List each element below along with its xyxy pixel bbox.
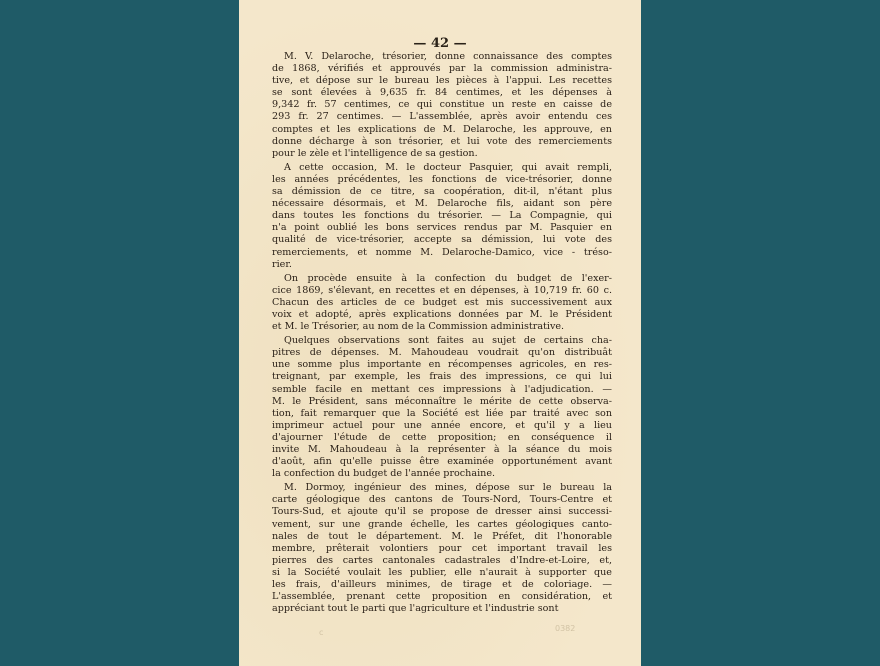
- text-line: pour le zèle et l'intelligence de sa ges…: [272, 148, 612, 160]
- text-line: carte géologique des cantons de Tours-No…: [272, 494, 612, 506]
- text-line: On procède ensuite à la confection du bu…: [272, 273, 612, 285]
- text-line: dans toutes les fonctions du trésorier. …: [272, 210, 612, 222]
- body-text: M. V. Delaroche, trésorier, donne connai…: [272, 51, 612, 617]
- text-line: d'août, afin qu'elle puisse être examiné…: [272, 456, 612, 468]
- text-line: treignant, par exemple, les frais des im…: [272, 371, 612, 383]
- text-line: Tours-Sud, et ajoute qu'il se propose de…: [272, 506, 612, 518]
- text-line: les années précédentes, les fonctions de…: [272, 174, 612, 186]
- text-line: remerciements, et nomme M. Delaroche-Dam…: [272, 247, 612, 259]
- text-line: 293 fr. 27 centimes. — L'assemblée, aprè…: [272, 111, 612, 123]
- text-line: imprimeur actuel pour une année encore, …: [272, 420, 612, 432]
- paragraph: Quelques observations sont faites au suj…: [272, 335, 612, 480]
- text-line: les frais, d'ailleurs minimes, de tirage…: [272, 579, 612, 591]
- paragraph: On procède ensuite à la confection du bu…: [272, 273, 612, 333]
- text-line: invite M. Mahoudeau à la représenter à l…: [272, 444, 612, 456]
- text-line: pierres des cartes cantonales cadastrale…: [272, 555, 612, 567]
- paragraph: M. V. Delaroche, trésorier, donne connai…: [272, 51, 612, 160]
- text-line: voix et adopté, après explications donné…: [272, 309, 612, 321]
- text-line: si la Société voulait les publier, elle …: [272, 567, 612, 579]
- text-line: Chacun des articles de ce budget est mis…: [272, 297, 612, 309]
- text-line: M. V. Delaroche, trésorier, donne connai…: [272, 51, 612, 63]
- text-line: sa démission de ce titre, sa coopération…: [272, 186, 612, 198]
- text-line: cice 1869, s'élevant, en recettes et en …: [272, 285, 612, 297]
- text-line: pitres de dépenses. M. Mahoudeau voudrai…: [272, 347, 612, 359]
- text-line: L'assemblée, prenant cette proposition e…: [272, 591, 612, 603]
- paragraph: M. Dormoy, ingénieur des mines, dépose s…: [272, 482, 612, 615]
- text-line: la confection du budget de l'année proch…: [272, 468, 612, 480]
- faint-stamp: 0382: [555, 624, 575, 633]
- text-line: se sont élevées à 9,635 fr. 84 centimes,…: [272, 87, 612, 99]
- document-page: — 42 — M. V. Delaroche, trésorier, donne…: [239, 0, 641, 666]
- page-number: — 42 —: [239, 36, 641, 51]
- paragraph: A cette occasion, M. le docteur Pasquier…: [272, 162, 612, 271]
- text-line: 9,342 fr. 57 centimes, ce qui constitue …: [272, 99, 612, 111]
- text-line: de 1868, vérifiés et approuvés par la co…: [272, 63, 612, 75]
- text-line: rier.: [272, 259, 612, 271]
- text-line: comptes et les explications de M. Delaro…: [272, 124, 612, 136]
- text-line: donne décharge à son trésorier, et lui v…: [272, 136, 612, 148]
- text-line: semble facile en mettant ces impressions…: [272, 384, 612, 396]
- text-line: A cette occasion, M. le docteur Pasquier…: [272, 162, 612, 174]
- text-line: membre, prêterait volontiers pour cet im…: [272, 543, 612, 555]
- text-line: d'ajourner l'étude de cette proposition;…: [272, 432, 612, 444]
- text-line: tion, fait remarquer que la Société est …: [272, 408, 612, 420]
- text-line: vement, sur une grande échelle, les cart…: [272, 519, 612, 531]
- text-line: M. le Président, sans méconnaître le mér…: [272, 396, 612, 408]
- text-line: nécessaire désormais, et M. Delaroche fi…: [272, 198, 612, 210]
- text-line: une somme plus importante en récompenses…: [272, 359, 612, 371]
- text-line: tive, et dépose sur le bureau les pièces…: [272, 75, 612, 87]
- faint-mark: c: [319, 628, 323, 637]
- text-line: nales de tout le département. M. le Préf…: [272, 531, 612, 543]
- text-line: M. Dormoy, ingénieur des mines, dépose s…: [272, 482, 612, 494]
- text-line: Quelques observations sont faites au suj…: [272, 335, 612, 347]
- text-line: et M. le Trésorier, au nom de la Commiss…: [272, 321, 612, 333]
- text-line: qualité de vice-trésorier, accepte sa dé…: [272, 234, 612, 246]
- text-line: appréciant tout le parti que l'agricultu…: [272, 603, 612, 615]
- text-line: n'a point oublié les bons services rendu…: [272, 222, 612, 234]
